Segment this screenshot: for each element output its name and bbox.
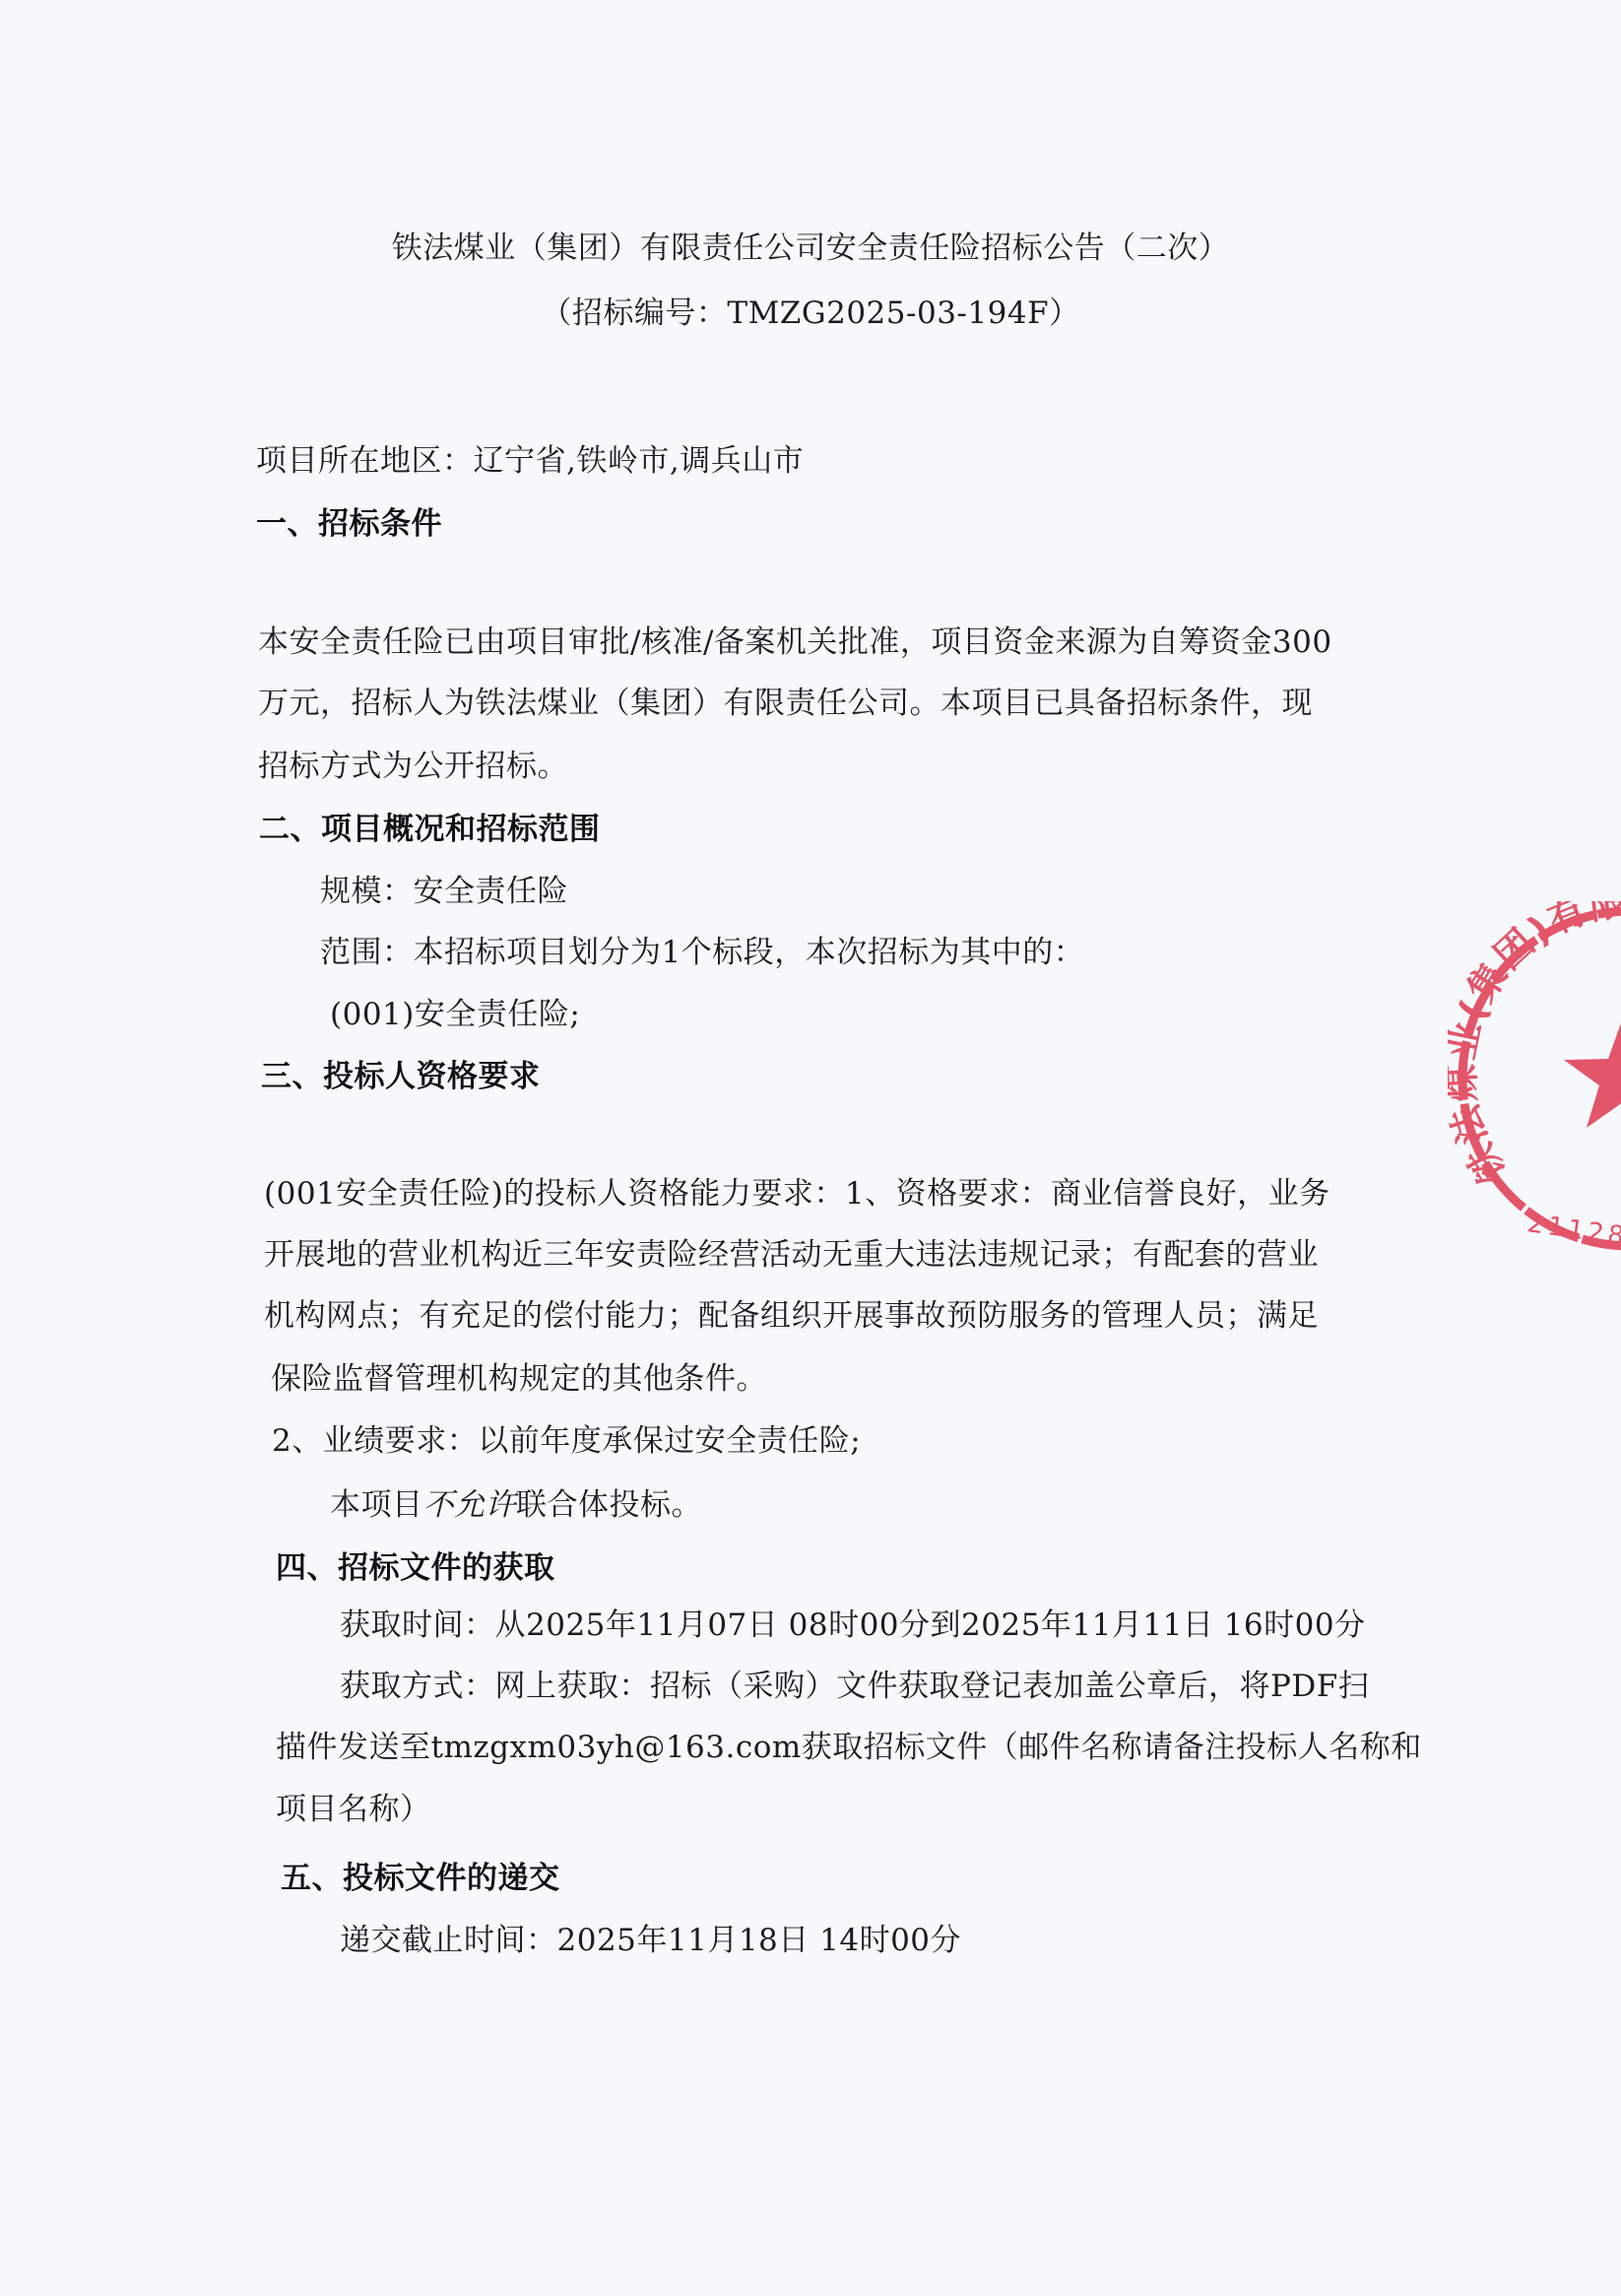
consortium-not-allowed: 不允许 [423, 1487, 517, 1523]
acquisition-method-line: 获取方式：网上获取：招标（采购）文件获取登记表加盖公章后，将PDF扫 [340, 1667, 1369, 1706]
seal-number: 21128 [1525, 1209, 1621, 1252]
acquisition-method-line: 描件发送至tmzgxm03yh@163.com获取招标文件（邮件名称请备注投标人… [276, 1728, 1422, 1767]
tender-number: （招标编号：TMZG2025-03-194F） [0, 294, 1621, 333]
section-1-paragraph-line: 万元，招标人为铁法煤业（集团）有限责任公司。本项目已具备招标条件，现 [258, 684, 1313, 723]
qualification-paragraph-line: 保险监督管理机构规定的其他条件。 [271, 1359, 767, 1399]
svg-text:铁法煤业(集团)有限责任公司: 铁法煤业(集团)有限责任公司 [1448, 901, 1621, 1192]
project-scale: 规模：安全责任险 [320, 872, 568, 911]
section-1-paragraph-line: 招标方式为公开招标。 [258, 747, 568, 786]
document-title: 铁法煤业（集团）有限责任公司安全责任险招标公告（二次） [0, 229, 1621, 268]
star-icon [1564, 1017, 1621, 1128]
section-2-heading: 二、项目概况和招标范围 [259, 810, 601, 849]
performance-requirement: 2、业绩要求：以前年度承保过安全责任险; [272, 1421, 861, 1461]
project-location: 项目所在地区：辽宁省,铁岭市,调兵山市 [256, 441, 804, 481]
company-seal: 铁法煤业(集团)有限责任公司 21128 [1448, 901, 1621, 1256]
consortium-statement: 本项目不允许联合体投标。 [330, 1485, 702, 1525]
consortium-suffix: 联合体投标。 [516, 1487, 702, 1523]
section-5-heading: 五、投标文件的递交 [281, 1859, 560, 1898]
section-4-heading: 四、招标文件的获取 [276, 1548, 555, 1588]
lot-item: (001)安全责任险; [330, 995, 580, 1034]
section-3-heading: 三、投标人资格要求 [261, 1057, 541, 1096]
project-scope: 范围：本招标项目划分为1个标段，本次招标为其中的： [320, 933, 1084, 972]
acquisition-time: 获取时间：从2025年11月07日 08时00分到2025年11月11日 16时… [340, 1606, 1366, 1645]
seal-stamp-icon: 铁法煤业(集团)有限责任公司 21128 [1448, 901, 1621, 1256]
seal-text: 铁法煤业(集团)有限责任公司 [1448, 901, 1621, 1192]
submission-deadline: 递交截止时间：2025年11月18日 14时00分 [340, 1921, 961, 1960]
qualification-paragraph-line: 开展地的营业机构近三年安责险经营活动无重大违法违规记录；有配套的营业 [264, 1235, 1319, 1275]
acquisition-method-line: 项目名称） [276, 1790, 431, 1829]
qualification-paragraph-line: (001安全责任险)的投标人资格能力要求：1、资格要求：商业信誉良好，业务 [264, 1174, 1330, 1214]
section-1-paragraph-line: 本安全责任险已由项目审批/核准/备案机关批准，项目资金来源为自筹资金300 [258, 623, 1332, 662]
consortium-prefix: 本项目 [330, 1487, 423, 1523]
qualification-paragraph-line: 机构网点；有充足的偿付能力；配备组织开展事故预防服务的管理人员；满足 [264, 1296, 1319, 1336]
section-1-heading: 一、招标条件 [256, 504, 442, 544]
